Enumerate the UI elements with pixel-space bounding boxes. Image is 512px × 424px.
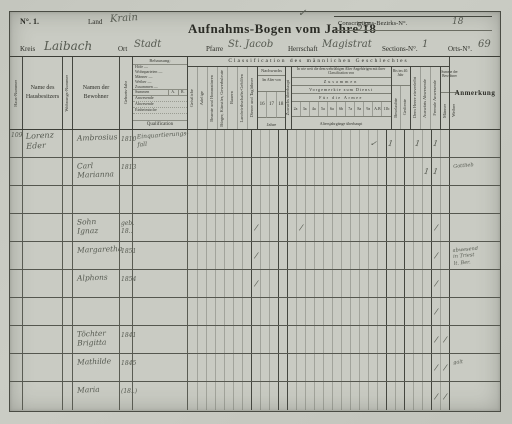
- qualification-note: [133, 354, 188, 381]
- remark: [449, 298, 500, 325]
- mark-cell: [260, 214, 269, 241]
- mark-cell: [395, 186, 404, 213]
- qualification-note: [133, 158, 188, 185]
- tally-mark: /: [434, 279, 438, 288]
- col-bewohner: Namen der Bewohner: [73, 57, 120, 129]
- mark-cell: [188, 354, 197, 381]
- resident-name-text: Töchter Brigitta: [73, 325, 120, 348]
- class-label: Diener und Taglöhner: [250, 78, 255, 117]
- mark-cell: [413, 242, 422, 269]
- pfarre-value: St. Jacob: [228, 39, 273, 50]
- mark-cell: [359, 382, 368, 410]
- mark-cell: /: [251, 242, 260, 269]
- summen-a: A.: [169, 90, 178, 95]
- ort-label: Ort: [118, 45, 127, 53]
- mark-cell: [440, 130, 449, 157]
- birth-year-text: (18..): [120, 382, 132, 396]
- mark-cell: [341, 130, 350, 157]
- owner-name: [23, 326, 63, 353]
- group-haupt: In wie weit die dem wehrfähigen Alter An…: [291, 67, 391, 129]
- birth-year-text: 1845: [120, 354, 132, 368]
- mark-cell: 1: [431, 130, 440, 157]
- mark-cell: [224, 298, 233, 325]
- mark-cell: [242, 186, 251, 213]
- mark-cell: [224, 354, 233, 381]
- mark-cell: [395, 326, 404, 353]
- table-row: Alphons1854//: [10, 270, 500, 298]
- mark-cell: [386, 158, 395, 185]
- table-row: Maria(18..)//: [10, 382, 500, 410]
- birth-year: 1854: [120, 270, 133, 297]
- mark-cell: /: [431, 382, 440, 410]
- col-anmerkung: Anmerkung: [449, 57, 500, 129]
- mark-cell: [296, 382, 305, 410]
- haupt-line1: In wie weit die dem wehrfähigen Alter An…: [292, 67, 391, 78]
- mark-cell: [206, 130, 215, 157]
- dwelling-number: [63, 354, 73, 381]
- summen-ab: A.B.: [168, 90, 187, 95]
- resident-name-text: Ambrosius: [73, 129, 119, 143]
- classification-groups: Geistliche Adelige Beamte und Honoratior…: [188, 67, 449, 129]
- mark-cell: [332, 298, 341, 325]
- mark-cell: [323, 354, 332, 381]
- mark-cell: [359, 326, 368, 353]
- dwelling-number: [63, 270, 73, 297]
- land-value: Krain: [110, 12, 139, 25]
- house-number: [10, 214, 23, 241]
- mark-cell: [440, 242, 449, 269]
- dwelling-number: [63, 382, 73, 410]
- mark-cell: [368, 242, 377, 269]
- mark-cell: [224, 186, 233, 213]
- class-label: Bürger, Künstler, Gewerbsleute: [220, 70, 225, 127]
- klasse-col: 9a: [363, 102, 372, 116]
- mark-cell: [359, 354, 368, 381]
- mark-cell: [197, 130, 206, 157]
- mark-cell: [314, 382, 323, 410]
- single-label: Fremde Anwesende: [433, 80, 438, 116]
- qualification-note: [133, 186, 188, 213]
- mark-cell: [260, 158, 269, 185]
- mark-cell: [413, 158, 422, 185]
- birth-year: 1813: [120, 158, 133, 185]
- mark-cell: [332, 158, 341, 185]
- house-number: 109: [10, 130, 23, 157]
- mark-cell: [242, 242, 251, 269]
- house-number: [10, 298, 23, 325]
- mark-cell: [404, 326, 413, 353]
- group-singles: Dem Heere einverleibt Auswärts Abwesende…: [410, 67, 440, 129]
- mark-cell: 1: [413, 130, 422, 157]
- mark-cell: [359, 242, 368, 269]
- mark-cell: [386, 298, 395, 325]
- mark-cell: [422, 130, 431, 157]
- mark-cell: [395, 270, 404, 297]
- sections-label: Sections-N°.: [382, 45, 418, 53]
- mark-cell: [386, 242, 395, 269]
- mark-cell: [251, 326, 260, 353]
- mark-cell: [215, 382, 224, 410]
- resident-name-text: Alphons: [73, 269, 119, 283]
- mark-cells: [188, 186, 449, 213]
- mark-cell: [305, 158, 314, 185]
- birth-year-text: 1854: [120, 270, 132, 284]
- mark-cell: [206, 298, 215, 325]
- birth-year: 1845: [120, 354, 133, 381]
- mark-cell: [251, 186, 260, 213]
- birth-year: 1851: [120, 242, 133, 269]
- mark-cell: [242, 382, 251, 410]
- remark: galt: [449, 354, 500, 381]
- mark-cell: [224, 158, 233, 185]
- tally-mark: 1: [424, 167, 430, 177]
- mark-cell: [332, 130, 341, 157]
- mark-cell: [296, 242, 305, 269]
- herrschaft-label: Herrschaft: [288, 45, 318, 53]
- classification-band: Classification des männlichen Geschlecht…: [188, 57, 449, 67]
- mark-cell: [323, 242, 332, 269]
- mark-cell: [323, 186, 332, 213]
- resident-name-text: Carl Marianna: [73, 157, 120, 180]
- tally-mark: /: [434, 307, 438, 316]
- ort-value: Stadt: [134, 39, 161, 50]
- mark-cell: [386, 214, 395, 241]
- tally-mark: /: [434, 251, 438, 260]
- mark-cell: /: [440, 326, 449, 353]
- haupt-foot: Altersjahrgänge überhaupt: [292, 117, 391, 127]
- mark-cell: [377, 354, 386, 381]
- mark-cell: /: [431, 214, 440, 241]
- mark-cell: [314, 130, 323, 157]
- class-label: Adelige: [200, 91, 205, 105]
- mark-cell: [305, 382, 314, 410]
- nachwuchs-title: Nachwuchs: [258, 67, 285, 76]
- mark-cell: [395, 214, 404, 241]
- mark-cell: [188, 326, 197, 353]
- tally-mark: /: [254, 251, 258, 260]
- conscription-label: Conscriptions-Bezirks-N°.: [338, 20, 407, 27]
- mark-cell: /: [251, 270, 260, 297]
- mark-cell: [422, 382, 431, 410]
- dwelling-number: [63, 242, 73, 269]
- mark-cell: [188, 382, 197, 410]
- klasse-col: 6a: [327, 102, 336, 116]
- pfarre-label: Pfarre: [206, 45, 223, 53]
- mark-cell: [287, 270, 296, 297]
- mark-cell: [287, 298, 296, 325]
- resident-name: Alphons: [73, 270, 120, 297]
- mark-cell: [269, 326, 278, 353]
- owner-name: [23, 158, 63, 185]
- mark-cell: [278, 382, 287, 410]
- class-col: Beamte und Honoratioren: [207, 67, 217, 129]
- mark-cell: [386, 270, 395, 297]
- mark-cell: [341, 214, 350, 241]
- mark-cell: [278, 214, 287, 241]
- house-number: [10, 242, 23, 269]
- birth-year: geb. 18..: [120, 214, 133, 241]
- tally-mark: 1: [433, 139, 439, 149]
- mark-cell: [323, 270, 332, 297]
- geburtsjahr-label: Geburts-Jahr: [124, 81, 129, 104]
- mark-cell: [278, 130, 287, 157]
- table-row: Mathilde1845//galt: [10, 354, 500, 382]
- mark-cell: [395, 242, 404, 269]
- herrschaft-value: Magistrat: [322, 39, 372, 50]
- class-label: Landwirthschafts-Gehilfen: [240, 74, 245, 122]
- mark-cells: //: [188, 326, 449, 353]
- mark-cell: [251, 298, 260, 325]
- mark-cell: [359, 158, 368, 185]
- mark-cell: [296, 130, 305, 157]
- tally-mark: 1: [415, 139, 421, 149]
- qualification-note: [133, 214, 188, 241]
- mark-cell: [197, 158, 206, 185]
- birth-year-text: geb. 18..: [120, 214, 132, 235]
- mark-cell: [287, 130, 296, 157]
- mark-cell: 1: [431, 158, 440, 185]
- mark-cell: [269, 158, 278, 185]
- mark-cell: [332, 354, 341, 381]
- table-row: [10, 186, 500, 214]
- mark-cells: /: [188, 298, 449, 325]
- remark-text: galt: [450, 352, 501, 367]
- owner-name: [23, 186, 63, 213]
- haupt-line2: Zusammen: [292, 78, 391, 86]
- single-label: Dem Heere einverleibt: [413, 77, 418, 118]
- mark-cell: [440, 214, 449, 241]
- mark-cell: [350, 354, 359, 381]
- mark-cell: [323, 326, 332, 353]
- mark-cell: [323, 130, 332, 157]
- mark-cell: [305, 214, 314, 241]
- mark-cell: [278, 354, 287, 381]
- qualification-note: [133, 382, 188, 410]
- table-row: Margaretha1851//abwesend in Triest lt. B…: [10, 242, 500, 270]
- mark-cell: [188, 270, 197, 297]
- mark-cell: [197, 214, 206, 241]
- mark-cell: [215, 270, 224, 297]
- dwelling-number: [63, 130, 73, 157]
- orts-value: 69: [478, 39, 491, 50]
- tally-mark: /: [434, 391, 438, 400]
- mark-cell: [368, 382, 377, 410]
- mark-cell: [242, 214, 251, 241]
- owner-name: [23, 242, 63, 269]
- klasse-col: 6b: [336, 102, 345, 116]
- mark-cell: [413, 214, 422, 241]
- col-hausnummer: Haus-Nummer: [10, 57, 23, 129]
- resident-name: Margaretha: [73, 242, 120, 269]
- mark-cell: [440, 158, 449, 185]
- klasse-col: 11b: [381, 102, 390, 116]
- single-col: Fremde Anwesende: [430, 67, 440, 129]
- mark-cell: [413, 326, 422, 353]
- mark-cell: [404, 354, 413, 381]
- house-number: [10, 158, 23, 185]
- birth-year-text: 1851: [120, 242, 132, 256]
- owner-name: [23, 354, 63, 381]
- mark-cell: [377, 186, 386, 213]
- mark-cell: [206, 382, 215, 410]
- summen-row: Einheimische: [133, 108, 187, 114]
- house-number: [10, 382, 23, 410]
- mark-cell: [260, 326, 269, 353]
- mark-cell: [359, 186, 368, 213]
- house-number-text: 109: [10, 130, 22, 140]
- qualification-note: [133, 270, 188, 297]
- mark-cell: [350, 270, 359, 297]
- mark-cell: [233, 354, 242, 381]
- table-row: Töchter Brigitta1841//: [10, 326, 500, 354]
- mark-cell: [206, 242, 215, 269]
- mark-cell: [206, 326, 215, 353]
- col-hausbesitzer: Name des Hausbesitzers: [23, 57, 63, 129]
- mark-cell: /: [431, 354, 440, 381]
- resident-name: Maria: [73, 382, 120, 410]
- summen-list: Anwesende Abwesende Einheimische: [133, 96, 187, 120]
- mark-cell: [359, 270, 368, 297]
- mark-cell: /: [296, 214, 305, 241]
- mark-cell: [404, 242, 413, 269]
- class-label: Beamte und Honoratioren: [210, 75, 215, 122]
- mark-cell: [287, 242, 296, 269]
- owner-name: [23, 382, 63, 410]
- mark-cell: [404, 298, 413, 325]
- mark-cell: [296, 326, 305, 353]
- mark-cell: [233, 214, 242, 241]
- birth-year-text: 1841: [120, 326, 132, 340]
- mark-cell: /: [440, 382, 449, 410]
- mark-cell: [413, 270, 422, 297]
- mark-cell: [413, 354, 422, 381]
- birth-year: 1841: [120, 326, 133, 353]
- qualification-note: [133, 298, 188, 325]
- remark: abwesend in Triest lt. Ber.: [449, 242, 500, 269]
- mark-cell: /: [431, 242, 440, 269]
- resident-name: Töchter Brigitta: [73, 326, 120, 353]
- mark-cell: [350, 158, 359, 185]
- col-wohnung: Wohnungs-Nummer: [63, 57, 73, 129]
- mark-cell: [341, 158, 350, 185]
- resident-name: Carl Marianna: [73, 158, 120, 185]
- class-label: Geistliche: [190, 89, 195, 107]
- bewohner-label: Namen der Bewohner: [73, 84, 119, 102]
- mark-cell: [314, 298, 323, 325]
- mark-cell: [368, 158, 377, 185]
- remark-text: Gottlieb: [450, 156, 501, 171]
- mark-cells: //: [188, 382, 449, 410]
- nachwuchs-foot: Jahre: [258, 118, 285, 127]
- mark-cell: [314, 270, 323, 297]
- form-sheet: N°. 1. Land Krain ✓ Aufnahms-Bogen vom J…: [9, 11, 501, 412]
- mark-cell: [296, 270, 305, 297]
- mark-cell: [422, 270, 431, 297]
- group-bis40: Bis ins 40. Jahr Beurlaubte Gediente: [391, 67, 410, 129]
- birth-year-text: 1813: [120, 158, 132, 172]
- mark-cell: [269, 214, 278, 241]
- behausung-box: Behausung: Höfe — Wohnparteien — Männer …: [133, 57, 187, 129]
- mark-cell: [377, 270, 386, 297]
- mark-cell: [224, 270, 233, 297]
- tally-mark: /: [434, 335, 438, 344]
- remark: [449, 130, 500, 157]
- mark-cell: [332, 186, 341, 213]
- mark-cell: [197, 354, 206, 381]
- mark-cell: [242, 158, 251, 185]
- resident-name: [73, 186, 120, 213]
- mark-cell: [323, 382, 332, 410]
- klasse-col: 8a: [354, 102, 363, 116]
- mark-cell: [260, 354, 269, 381]
- mark-cell: [350, 242, 359, 269]
- mark-cell: [395, 298, 404, 325]
- bis40-col: Gediente: [400, 86, 410, 129]
- mark-cell: [368, 214, 377, 241]
- dwelling-number: [63, 186, 73, 213]
- mark-cell: [350, 214, 359, 241]
- mark-cell: [251, 158, 260, 185]
- hausnummer-label: Haus-Nummer: [14, 80, 19, 107]
- mark-cell: [287, 158, 296, 185]
- mark-cell: ✓: [368, 130, 377, 157]
- mark-cell: [242, 326, 251, 353]
- mark-cell: [350, 298, 359, 325]
- mark-cell: [215, 242, 224, 269]
- mark-cell: [269, 242, 278, 269]
- tally-mark: ✓: [369, 139, 377, 149]
- mark-cell: [296, 298, 305, 325]
- mark-cell: [251, 130, 260, 157]
- mark-cell: [188, 158, 197, 185]
- table-row: 109Lorenz EderAmbrosius1810Einquartierun…: [10, 130, 500, 158]
- remark: Gottlieb: [449, 158, 500, 185]
- mark-cell: [233, 158, 242, 185]
- mark-cell: [440, 298, 449, 325]
- col-geburtsjahr: Geburts-Jahr: [120, 57, 133, 129]
- mark-cell: [251, 354, 260, 381]
- mark-cell: [332, 270, 341, 297]
- mark-cell: [377, 382, 386, 410]
- mark-cell: [188, 214, 197, 241]
- mark-cell: [278, 186, 287, 213]
- klasse-col: 2a: [292, 102, 300, 116]
- mark-cell: [341, 242, 350, 269]
- form-header: N°. 1. Land Krain ✓ Aufnahms-Bogen vom J…: [10, 12, 500, 56]
- haupt-line3: Vorgemerkte zum Dienst: [292, 86, 391, 94]
- mark-cell: [224, 382, 233, 410]
- tally-mark: /: [254, 223, 258, 232]
- resident-name-text: Maria: [73, 381, 119, 395]
- census-table: Haus-Nummer Name des Hausbesitzers Wohnu…: [10, 56, 500, 410]
- dwelling-number: [63, 326, 73, 353]
- mark-cell: [395, 130, 404, 157]
- mark-cell: [395, 382, 404, 410]
- mark-cell: [305, 298, 314, 325]
- resident-name-text: Margaretha: [73, 241, 119, 255]
- tally-mark: /: [443, 363, 447, 372]
- mark-cells: ✓111: [188, 130, 449, 157]
- mark-cell: [215, 326, 224, 353]
- mark-cell: [287, 354, 296, 381]
- mark-cell: [377, 130, 386, 157]
- mark-cell: [314, 354, 323, 381]
- mark-cell: [215, 186, 224, 213]
- table-row: /: [10, 298, 500, 326]
- mark-cell: [197, 382, 206, 410]
- age-col: 18: [276, 92, 285, 118]
- mark-cell: [260, 130, 269, 157]
